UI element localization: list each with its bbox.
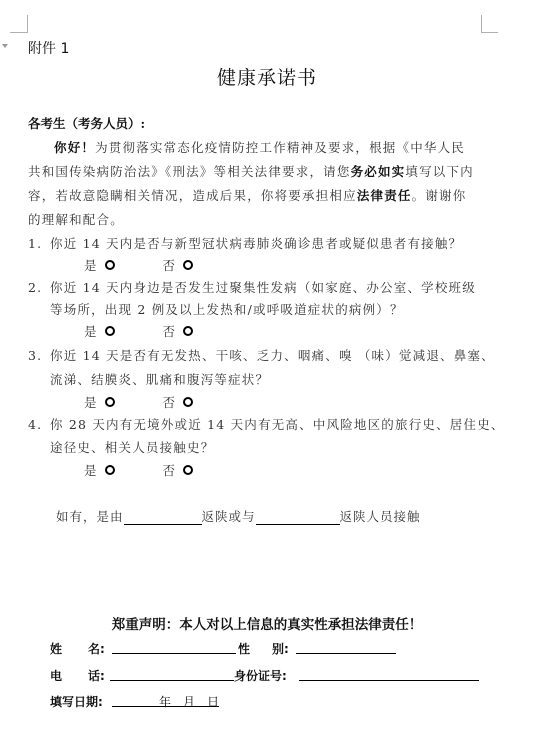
question-3-cont: 流涕、结膜炎、肌痛和腹泻等症状？ (50, 370, 269, 388)
travel-from-field[interactable] (124, 510, 202, 525)
day-label: 日 (207, 693, 219, 710)
travel-suffix: 返陕人员接触 (340, 509, 421, 524)
question-number: 3. (28, 348, 50, 363)
radio-circle-icon[interactable] (105, 397, 115, 407)
option-no[interactable]: 否 (163, 393, 194, 411)
question-4: 4.你 28 天内有无境外或近 14 天内有无高、中风险地区的旅行史、居住史、 (28, 415, 505, 433)
question-text: 你 28 天内有无境外或近 14 天内有无高、中风险地区的旅行史、居住史、 (50, 417, 505, 432)
option-no[interactable]: 否 (163, 322, 194, 340)
name-gender-row: 姓 名: 性 别: (50, 640, 530, 658)
radio-circle-icon[interactable] (105, 465, 115, 475)
date-row: 填写日期: 年 月 日 (50, 693, 530, 711)
question-number: 2. (28, 280, 50, 295)
radio-circle-icon[interactable] (183, 260, 193, 270)
name-label: 名: (88, 640, 105, 657)
intro-line-4: 的理解和配合。 (28, 210, 124, 228)
id-number-label: 身份证号: (234, 667, 287, 684)
question-2-cont: 等场所，出现 2 例及以上发热和/或呼吸道症状的病例）？ (50, 300, 404, 318)
intro-line-2: 共和国传染病防治法》《刑法》等相关法律要求，请您务必如实填写以下内 (28, 162, 474, 180)
intro-text: 容，若故意隐瞒相关情况，造成后果，你将要承担相应 (28, 188, 357, 203)
collapse-arrow-icon[interactable] (2, 44, 8, 48)
travel-prefix: 如有，是由 (56, 509, 124, 524)
option-label: 是 (84, 461, 97, 479)
travel-statement: 如有，是由返陕或与返陕人员接触 (56, 507, 421, 525)
option-label: 否 (163, 461, 176, 479)
question-number: 1. (28, 236, 50, 251)
radio-circle-icon[interactable] (183, 326, 193, 336)
radio-circle-icon[interactable] (183, 397, 193, 407)
margin-mark-top-left-h (10, 32, 27, 33)
option-no[interactable]: 否 (163, 256, 194, 274)
gender-label: 别: (272, 640, 289, 657)
option-label: 否 (163, 393, 176, 411)
intro-text: 共和国传染病防治法》《刑法》等相关法律要求，请您 (28, 164, 351, 179)
greeting: 你好！ (54, 140, 95, 155)
option-yes[interactable]: 是 (84, 393, 115, 411)
intro-text: 为贯彻落实常态化疫情防控工作精神及要求，根据《中华人民 (95, 140, 465, 155)
radio-circle-icon[interactable] (183, 465, 193, 475)
emphasis-text: 务必如实 (351, 164, 406, 179)
option-label: 否 (163, 322, 176, 340)
option-yes[interactable]: 是 (84, 256, 115, 274)
salutation: 各考生（考务人员）: (28, 114, 145, 132)
radio-circle-icon[interactable] (105, 260, 115, 270)
radio-circle-icon[interactable] (105, 326, 115, 336)
id-number-field[interactable] (299, 667, 479, 681)
question-2: 2.你近 14 天内身边是否发生过聚集性发病（如家庭、办公室、学校班级 (28, 278, 476, 296)
option-label: 是 (84, 256, 97, 274)
gender-label: 性 (238, 640, 250, 657)
declaration: 郑重声明：本人对以上信息的真实性承担法律责任！ (0, 613, 534, 633)
margin-mark-top-right-h (481, 32, 498, 33)
margin-mark-top-left (27, 15, 28, 33)
question-text: 你近 14 天是否有无发热、干咳、乏力、咽痛、嗅 （味）觉减退、鼻塞、 (50, 348, 495, 363)
travel-middle: 返陕或与 (202, 509, 256, 524)
phone-id-row: 电 话: 身份证号: (50, 667, 530, 685)
phone-label: 话: (88, 667, 105, 684)
travel-contact-field[interactable] (256, 510, 340, 525)
question-text: 你近 14 天内是否与新型冠状病毒肺炎确诊患者或疑似患者有接触？ (50, 236, 462, 251)
option-label: 是 (84, 322, 97, 340)
name-field[interactable] (112, 640, 236, 654)
question-2-options: 是 否 (84, 322, 193, 340)
question-number: 4. (28, 417, 50, 432)
option-label: 是 (84, 393, 97, 411)
intro-line-1: 你好！为贯彻落实常态化疫情防控工作精神及要求，根据《中华人民 (54, 138, 465, 156)
intro-line-3: 容，若故意隐瞒相关情况，造成后果，你将要承担相应法律责任。谢谢你 (28, 186, 466, 204)
question-1-options: 是 否 (84, 256, 193, 274)
margin-mark-top-right (481, 15, 482, 33)
option-yes[interactable]: 是 (84, 322, 115, 340)
question-3: 3.你近 14 天是否有无发热、干咳、乏力、咽痛、嗅 （味）觉减退、鼻塞、 (28, 346, 495, 364)
intro-text: 填写以下内 (405, 164, 474, 179)
name-label: 姓 (50, 640, 62, 657)
option-no[interactable]: 否 (163, 461, 194, 479)
month-label: 月 (183, 693, 195, 710)
question-4-options: 是 否 (84, 461, 193, 479)
date-label: 填写日期: (50, 693, 103, 710)
document-title: 健康承诺书 (0, 63, 534, 90)
attachment-label: 附件 1 (28, 38, 69, 58)
question-4-cont: 途径史、相关人员接触史？ (50, 438, 214, 456)
option-yes[interactable]: 是 (84, 461, 115, 479)
phone-label: 电 (50, 667, 62, 684)
phone-field[interactable] (110, 667, 234, 681)
year-label: 年 (159, 693, 171, 710)
gender-field[interactable] (296, 640, 396, 654)
question-1: 1.你近 14 天内是否与新型冠状病毒肺炎确诊患者或疑似患者有接触？ (28, 234, 462, 252)
question-text: 你近 14 天内身边是否发生过聚集性发病（如家庭、办公室、学校班级 (50, 280, 476, 295)
question-3-options: 是 否 (84, 393, 193, 411)
option-label: 否 (163, 256, 176, 274)
intro-text: 。谢谢你 (412, 188, 467, 203)
emphasis-text: 法律责任 (357, 188, 412, 203)
